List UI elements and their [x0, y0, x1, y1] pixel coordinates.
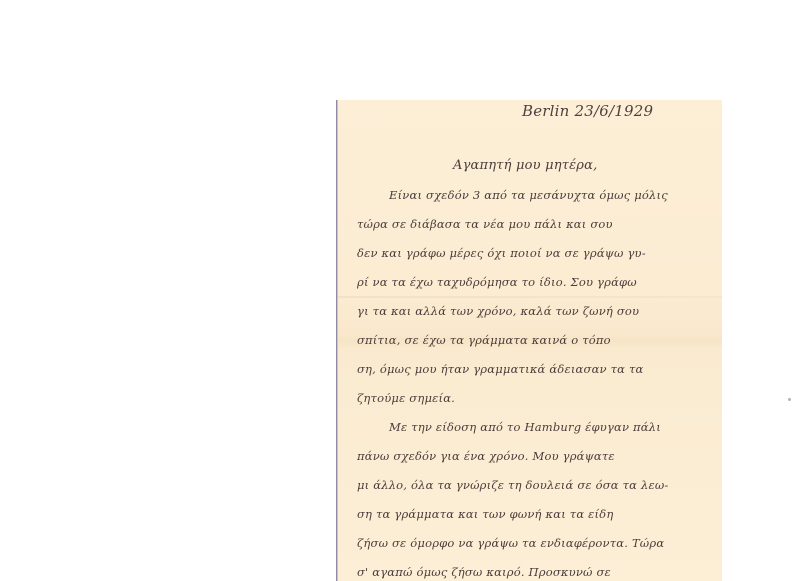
letter-line: ζήσω σε όμορφο να γράψω τα ενδιαφέροντα.… — [357, 536, 707, 550]
letter-line: πάνω σχεδόν για ένα χρόνο. Μου γράψατε — [357, 449, 707, 463]
letter-paper: Berlin 23/6/1929 Αγαπητή μου μητέρα, Είν… — [336, 100, 722, 581]
letter-line: ση, όμως μου ήταν γραμματικά άδειασαν τα… — [357, 362, 707, 376]
scan-dust-speck — [788, 398, 791, 401]
letter-line: μι άλλο, όλα τα γνώριζε τη δουλειά σε όσ… — [357, 478, 707, 492]
letter-line: γι τα και αλλά των χρόνο, καλά των ζωνή … — [357, 304, 707, 318]
letter-line: ρί να τα έχω ταχυδρόμησα το ίδιο. Σου γρ… — [357, 275, 707, 289]
letter-line: ζητούμε σημεία. — [357, 391, 707, 405]
letter-line: ση τα γράμματα και των φωνή και τα είδη — [357, 507, 707, 521]
letter-line: σπίτια, σε έχω τα γράμματα καινά ο τόπο — [357, 333, 707, 347]
paper-fold-line — [337, 296, 722, 298]
letter-line: σ' αγαπώ όμως ζήσω καιρό. Προσκυνώ σε — [357, 565, 707, 579]
letter-dateline: Berlin 23/6/1929 — [522, 102, 653, 120]
letter-salutation: Αγαπητή μου μητέρα, — [453, 158, 597, 173]
scanned-letter-page: Berlin 23/6/1929 Αγαπητή μου μητέρα, Είν… — [0, 0, 800, 581]
letter-line: Με την είδοση από το Hamburg έφυγαν πάλι — [389, 420, 707, 434]
letter-line: τώρα σε διάβασα τα νέα μου πάλι και σου — [357, 217, 707, 231]
letter-line: δεν και γράφω μέρες όχι ποιοί να σε γράψ… — [357, 246, 707, 260]
letter-line: Είναι σχεδόν 3 από τα μεσάνυχτα όμως μόλ… — [389, 188, 707, 202]
